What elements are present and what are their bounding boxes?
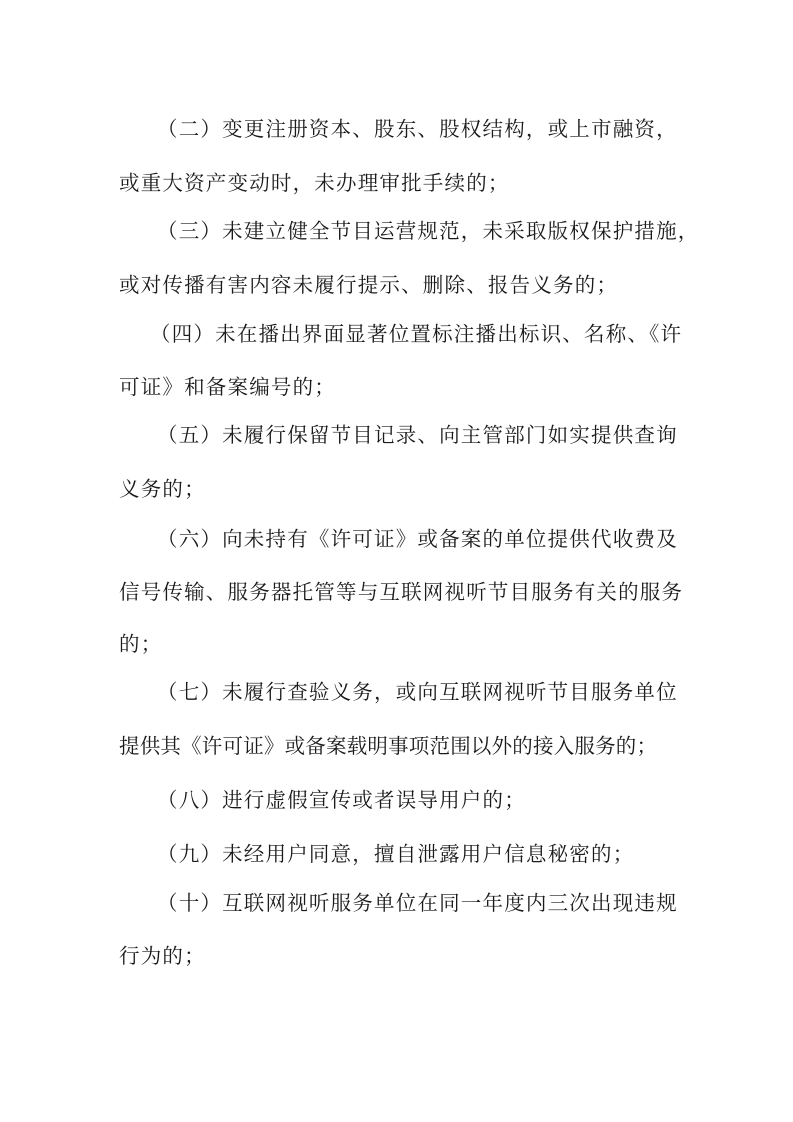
- paragraph-10-line-2: 行为的；: [119, 939, 206, 973]
- paragraph-8-line-1: （八）进行虚假宣传或者误导用户的；: [157, 783, 526, 817]
- paragraph-10-line-1: （十）互联网视听服务单位在同一年度内三次出现违规: [157, 886, 678, 920]
- paragraph-4-line-1: （四）未在播出界面显著位置标注播出标识、名称、《许: [150, 317, 682, 351]
- paragraph-6-line-2: 信号传输、服务器托管等与互联网视听节目服务有关的服务: [119, 575, 683, 609]
- paragraph-3-line-1: （三）未建立健全节目运营规范，未采取版权保护措施，: [157, 214, 700, 248]
- paragraph-4-line-2: 可证》和备案编号的；: [119, 370, 336, 404]
- paragraph-2-line-2: 或重大资产变动时，未办理审批手续的；: [119, 166, 510, 200]
- paragraph-6-line-3: 的；: [119, 627, 162, 661]
- paragraph-5-line-1: （五）未履行保留节目记录、向主管部门如实提供查询: [157, 418, 678, 452]
- paragraph-5-line-2: 义务的；: [119, 472, 206, 506]
- paragraph-9-line-1: （九）未经用户同意，擅自泄露用户信息秘密的；: [157, 837, 634, 871]
- paragraph-2-line-1: （二）变更注册资本、股东、股权结构，或上市融资，: [157, 112, 678, 146]
- paragraph-7-line-1: （七）未履行查验义务，或向互联网视听节目服务单位: [157, 675, 678, 709]
- paragraph-6-line-1: （六）向未持有《许可证》或备案的单位提供代收费及: [157, 522, 678, 556]
- paragraph-3-line-2: 或对传播有害内容未履行提示、删除、报告义务的；: [119, 268, 618, 302]
- paragraph-7-line-2: 提供其《许可证》或备案载明事项范围以外的接入服务的；: [119, 729, 657, 763]
- document-page: （二）变更注册资本、股东、股权结构，或上市融资， 或重大资产变动时，未办理审批手…: [0, 0, 793, 1122]
